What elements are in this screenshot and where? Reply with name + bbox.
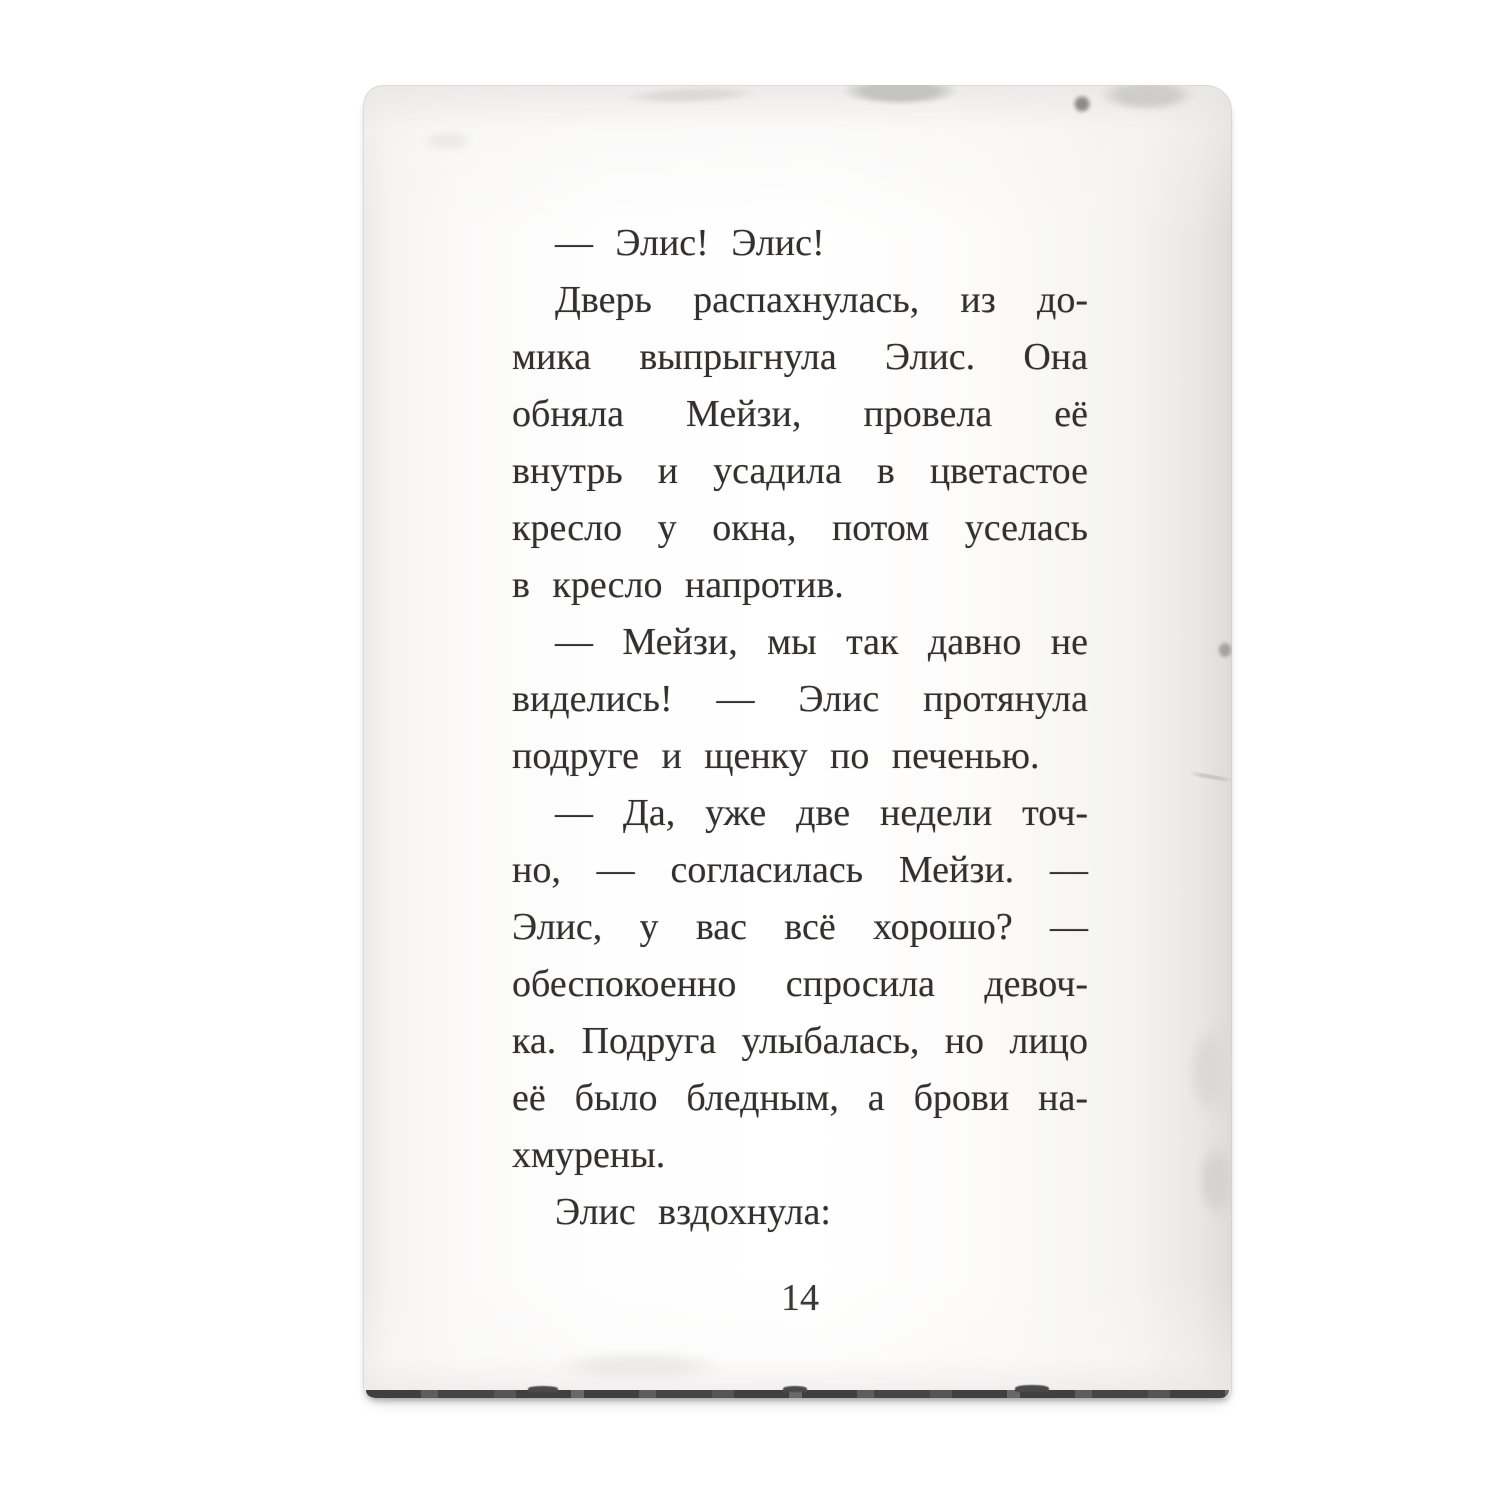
paper-stain xyxy=(551,1351,726,1383)
paper-stain xyxy=(1217,641,1232,659)
text-line: виделись! — Элис протянула xyxy=(512,671,1088,728)
text-line: — Элис! Элис! xyxy=(512,215,1088,272)
page-number: 14 xyxy=(512,1279,1088,1317)
page-text-block: — Элис! Элис! Дверь распахнулась, из до-… xyxy=(512,215,1088,1241)
paper-stain xyxy=(1099,85,1195,111)
paper-crease xyxy=(1189,771,1232,783)
text-line: хмурены. xyxy=(512,1127,1088,1184)
paper-stain xyxy=(621,85,761,105)
text-line: Элис, у вас всё хорошо? — xyxy=(512,899,1088,956)
text-line: обняла Мейзи, провела её xyxy=(512,386,1088,443)
text-line: её было бледным, а брови на- xyxy=(512,1070,1088,1127)
paper-stain xyxy=(841,85,959,105)
paper-stain xyxy=(1197,1143,1232,1219)
text-line: — Да, уже две недели точ- xyxy=(512,785,1088,842)
torn-edge-bump xyxy=(528,1386,558,1392)
text-line: Элис вздохнула: xyxy=(512,1184,1088,1241)
scanned-book-photo: — Элис! Элис! Дверь распахнулась, из до-… xyxy=(0,0,1500,1500)
text-line: внутрь и усадила в цветастое xyxy=(512,443,1088,500)
torn-edge-bump xyxy=(1015,1385,1049,1392)
paper-stain xyxy=(423,131,473,151)
text-line: обеспокоенно спросила девоч- xyxy=(512,956,1088,1013)
text-line: Дверь распахнулась, из до- xyxy=(512,272,1088,329)
paper-stain xyxy=(1187,1023,1232,1119)
text-line: ка. Подруга улыбалась, но лицо xyxy=(512,1013,1088,1070)
text-line: кресло у окна, потом уселась xyxy=(512,500,1088,557)
text-line: в кресло напротив. xyxy=(512,557,1088,614)
paper-stain xyxy=(1072,94,1092,114)
book-page: — Элис! Элис! Дверь распахнулась, из до-… xyxy=(363,85,1232,1398)
text-line: — Мейзи, мы так давно не xyxy=(512,614,1088,671)
text-line: но, — согласилась Мейзи. — xyxy=(512,842,1088,899)
torn-edge-bump xyxy=(783,1386,807,1392)
text-line: подруге и щенку по печенью. xyxy=(512,728,1088,785)
text-line: мика выпрыгнула Элис. Она xyxy=(512,329,1088,386)
